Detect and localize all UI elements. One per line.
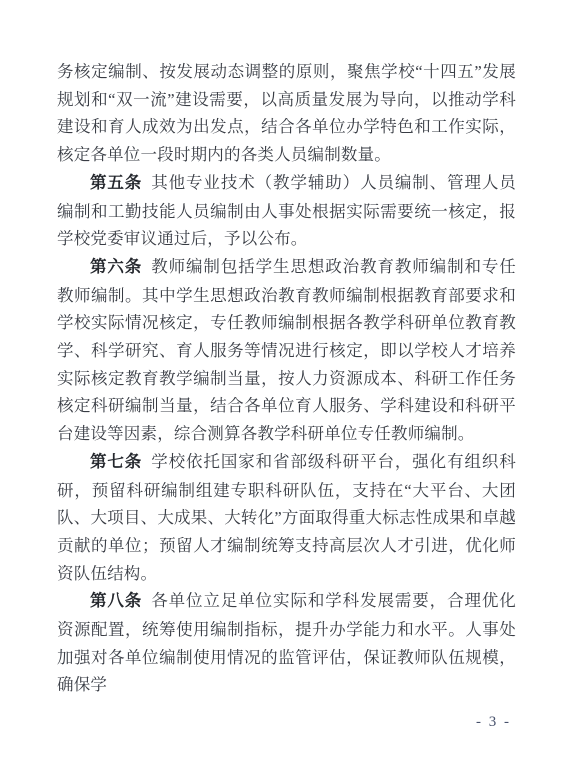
paragraph-article-5: 第五条其他专业技术（教学辅助）人员编制、管理人员编制和工勤技能人员编制由人事处根…	[57, 169, 516, 253]
page-number: - 3 -	[476, 713, 511, 731]
paragraph-text: 学校依托国家和省部级科研平台，强化有组织科研，预留科研编制组建专职科研队伍，支持…	[57, 452, 516, 583]
article-number: 第七条	[90, 453, 142, 471]
article-number: 第八条	[90, 592, 142, 610]
paragraph-continuation: 务核定编制、按发展动态调整的原则，聚焦学校“十四五”发展规划和“双一流”建设需要…	[57, 58, 516, 169]
article-number: 第五条	[90, 174, 142, 192]
paragraph-article-6: 第六条教师编制包括学生思想政治教育教师编制和专任教师编制。其中学生思想政治教育教…	[57, 253, 516, 448]
document-page: 务核定编制、按发展动态调整的原则，聚焦学校“十四五”发展规划和“双一流”建设需要…	[0, 0, 575, 782]
article-number: 第六条	[90, 258, 142, 276]
paragraph-article-8: 第八条各单位立足单位实际和学科发展需要，合理优化资源配置，统筹使用编制指标，提升…	[57, 587, 516, 699]
document-body: 务核定编制、按发展动态调整的原则，聚焦学校“十四五”发展规划和“双一流”建设需要…	[57, 58, 516, 699]
paragraph-article-7: 第七条学校依托国家和省部级科研平台，强化有组织科研，预留科研编制组建专职科研队伍…	[57, 448, 516, 588]
paragraph-text: 教师编制包括学生思想政治教育教师编制和专任教师编制。其中学生思想政治教育教师编制…	[57, 257, 516, 443]
paragraph-text: 务核定编制、按发展动态调整的原则，聚焦学校“十四五”发展规划和“双一流”建设需要…	[57, 62, 516, 164]
